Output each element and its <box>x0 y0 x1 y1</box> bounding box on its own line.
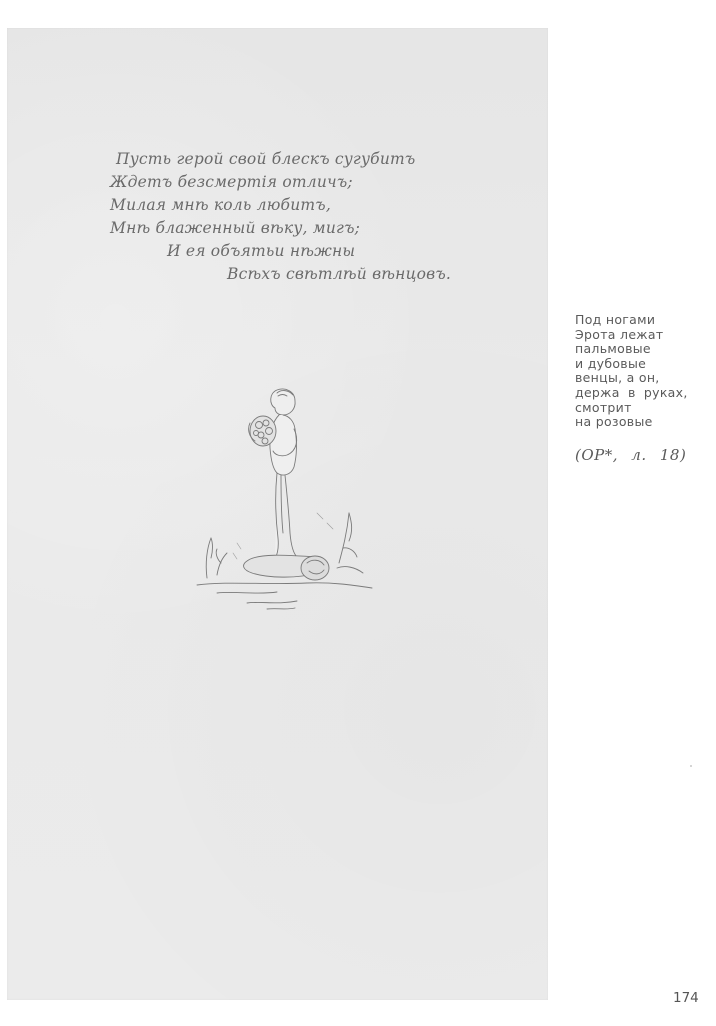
caption-line-4: и дубовые <box>575 357 715 372</box>
poem-line-5: И ея объятьи нѣжны <box>104 240 484 263</box>
handwritten-poem: Пусть герой свой блескъ сугубитъ Ждетъ б… <box>104 148 484 286</box>
caption-line-8: на розовые <box>575 415 715 430</box>
eros-illustration <box>177 363 377 613</box>
caption-line-7: смотрит <box>575 401 715 416</box>
poem-line-4: Мнѣ блаженный вѣку, мигъ; <box>104 217 484 240</box>
poem-line-1: Пусть герой свой блескъ сугубитъ <box>104 148 484 171</box>
caption-line-3: пальмовые <box>575 342 715 357</box>
print-speck <box>690 765 692 767</box>
illustration-caption: Под ногами Эрота лежат пальмовые и дубов… <box>575 313 715 430</box>
manuscript-plate: Пусть герой свой блескъ сугубитъ Ждетъ б… <box>7 28 548 1000</box>
page-number: 174 <box>673 990 699 1006</box>
caption-line-5: венцы, а он, <box>575 371 715 386</box>
caption-line-2: Эрота лежат <box>575 328 715 343</box>
caption-line-1: Под ногами <box>575 313 715 328</box>
caption-line-6: держа в руках, <box>575 386 715 401</box>
poem-line-2: Ждетъ безсмертія отличъ; <box>104 171 484 194</box>
poem-line-3: Милая мнѣ коль любитъ, <box>104 194 484 217</box>
poem-line-6: Всѣхъ свѣтлѣй вѣнцовъ. <box>104 263 484 286</box>
source-reference: (ОР*, л. 18) <box>575 446 715 464</box>
